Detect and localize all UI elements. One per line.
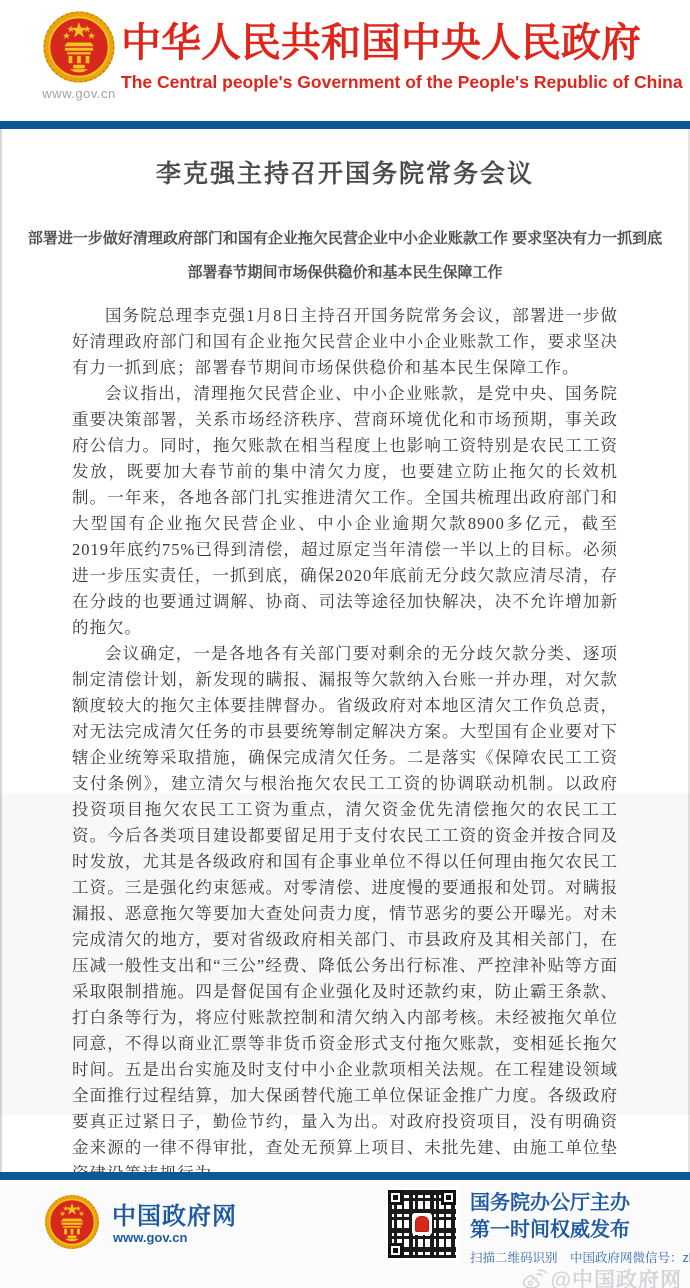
footer-host-line2: 第一时间权威发布 <box>470 1217 630 1244</box>
weibo-watermark: @中国政府网 <box>521 1264 682 1288</box>
gov-cn-page: www.gov.cn 中华人民共和国中央人民政府 The Central peo… <box>0 0 690 1288</box>
site-header: www.gov.cn 中华人民共和国中央人民政府 The Central peo… <box>0 0 690 121</box>
article-subtitle: 部署进一步做好清理政府部门和国有企业拖欠民营企业中小企业账款工作 要求坚决有力一… <box>16 222 674 290</box>
article: 李克强主持召开国务院常务会议 部署进一步做好清理政府部门和国有企业拖欠民营企业中… <box>0 129 690 1288</box>
site-footer: 中国政府网 www.gov.cn 国务院办公厅主办 第一时间权威发布 扫描二维码… <box>0 1172 690 1288</box>
weibo-icon <box>521 1267 547 1288</box>
header-site-url[interactable]: www.gov.cn <box>36 86 122 101</box>
footer-host-line1: 国务院办公厅主办 <box>470 1190 630 1217</box>
footer-host-text: 国务院办公厅主办 第一时间权威发布 <box>470 1190 630 1244</box>
article-subtitle-line1: 部署进一步做好清理政府部门和国有企业拖欠民营企业中小企业账款工作 要求坚决有力一… <box>16 222 674 256</box>
qr-finder-pattern <box>441 1190 456 1205</box>
weibo-handle: @中国政府网 <box>551 1264 682 1288</box>
header-divider-bar <box>0 121 690 129</box>
qr-center-emblem <box>412 1213 432 1235</box>
wechat-qr-code <box>388 1190 456 1258</box>
site-title-en: The Central people's Government of the P… <box>121 72 666 93</box>
footer-site-url[interactable]: www.gov.cn <box>113 1230 187 1245</box>
site-title-cn: 中华人民共和国中央人民政府 <box>121 18 666 68</box>
article-title: 李克强主持召开国务院常务会议 <box>0 154 690 190</box>
footer-divider-bar <box>0 1172 690 1180</box>
article-paragraph: 会议指出，清理拖欠民营企业、中小企业账款，是党中央、国务院重要决策部署，关系市场… <box>72 381 618 641</box>
qr-finder-pattern <box>388 1190 403 1205</box>
article-subtitle-line2: 部署春节期间市场保供稳价和基本民生保障工作 <box>16 256 674 290</box>
article-paragraph: 国务院总理李克强1月8日主持召开国务院常务会议，部署进一步做好清理政府部门和国有… <box>72 303 618 381</box>
article-paragraph: 会议确定，一是各地各有关部门要对剩余的无分歧欠款分类、逐项制定清偿计划，新发现的… <box>72 641 618 1187</box>
site-titles: 中华人民共和国中央人民政府 The Central people's Gover… <box>121 18 666 93</box>
article-body: 国务院总理李克强1月8日主持召开国务院常务会议，部署进一步做好清理政府部门和国有… <box>0 303 690 1288</box>
footer-national-emblem-icon <box>44 1194 100 1250</box>
footer-content: 中国政府网 www.gov.cn 国务院办公厅主办 第一时间权威发布 扫描二维码… <box>0 1180 690 1288</box>
qr-finder-pattern <box>388 1243 403 1258</box>
national-emblem-icon <box>42 10 116 84</box>
site-logo[interactable]: www.gov.cn <box>36 10 122 101</box>
footer-site-name[interactable]: 中国政府网 <box>112 1196 237 1231</box>
